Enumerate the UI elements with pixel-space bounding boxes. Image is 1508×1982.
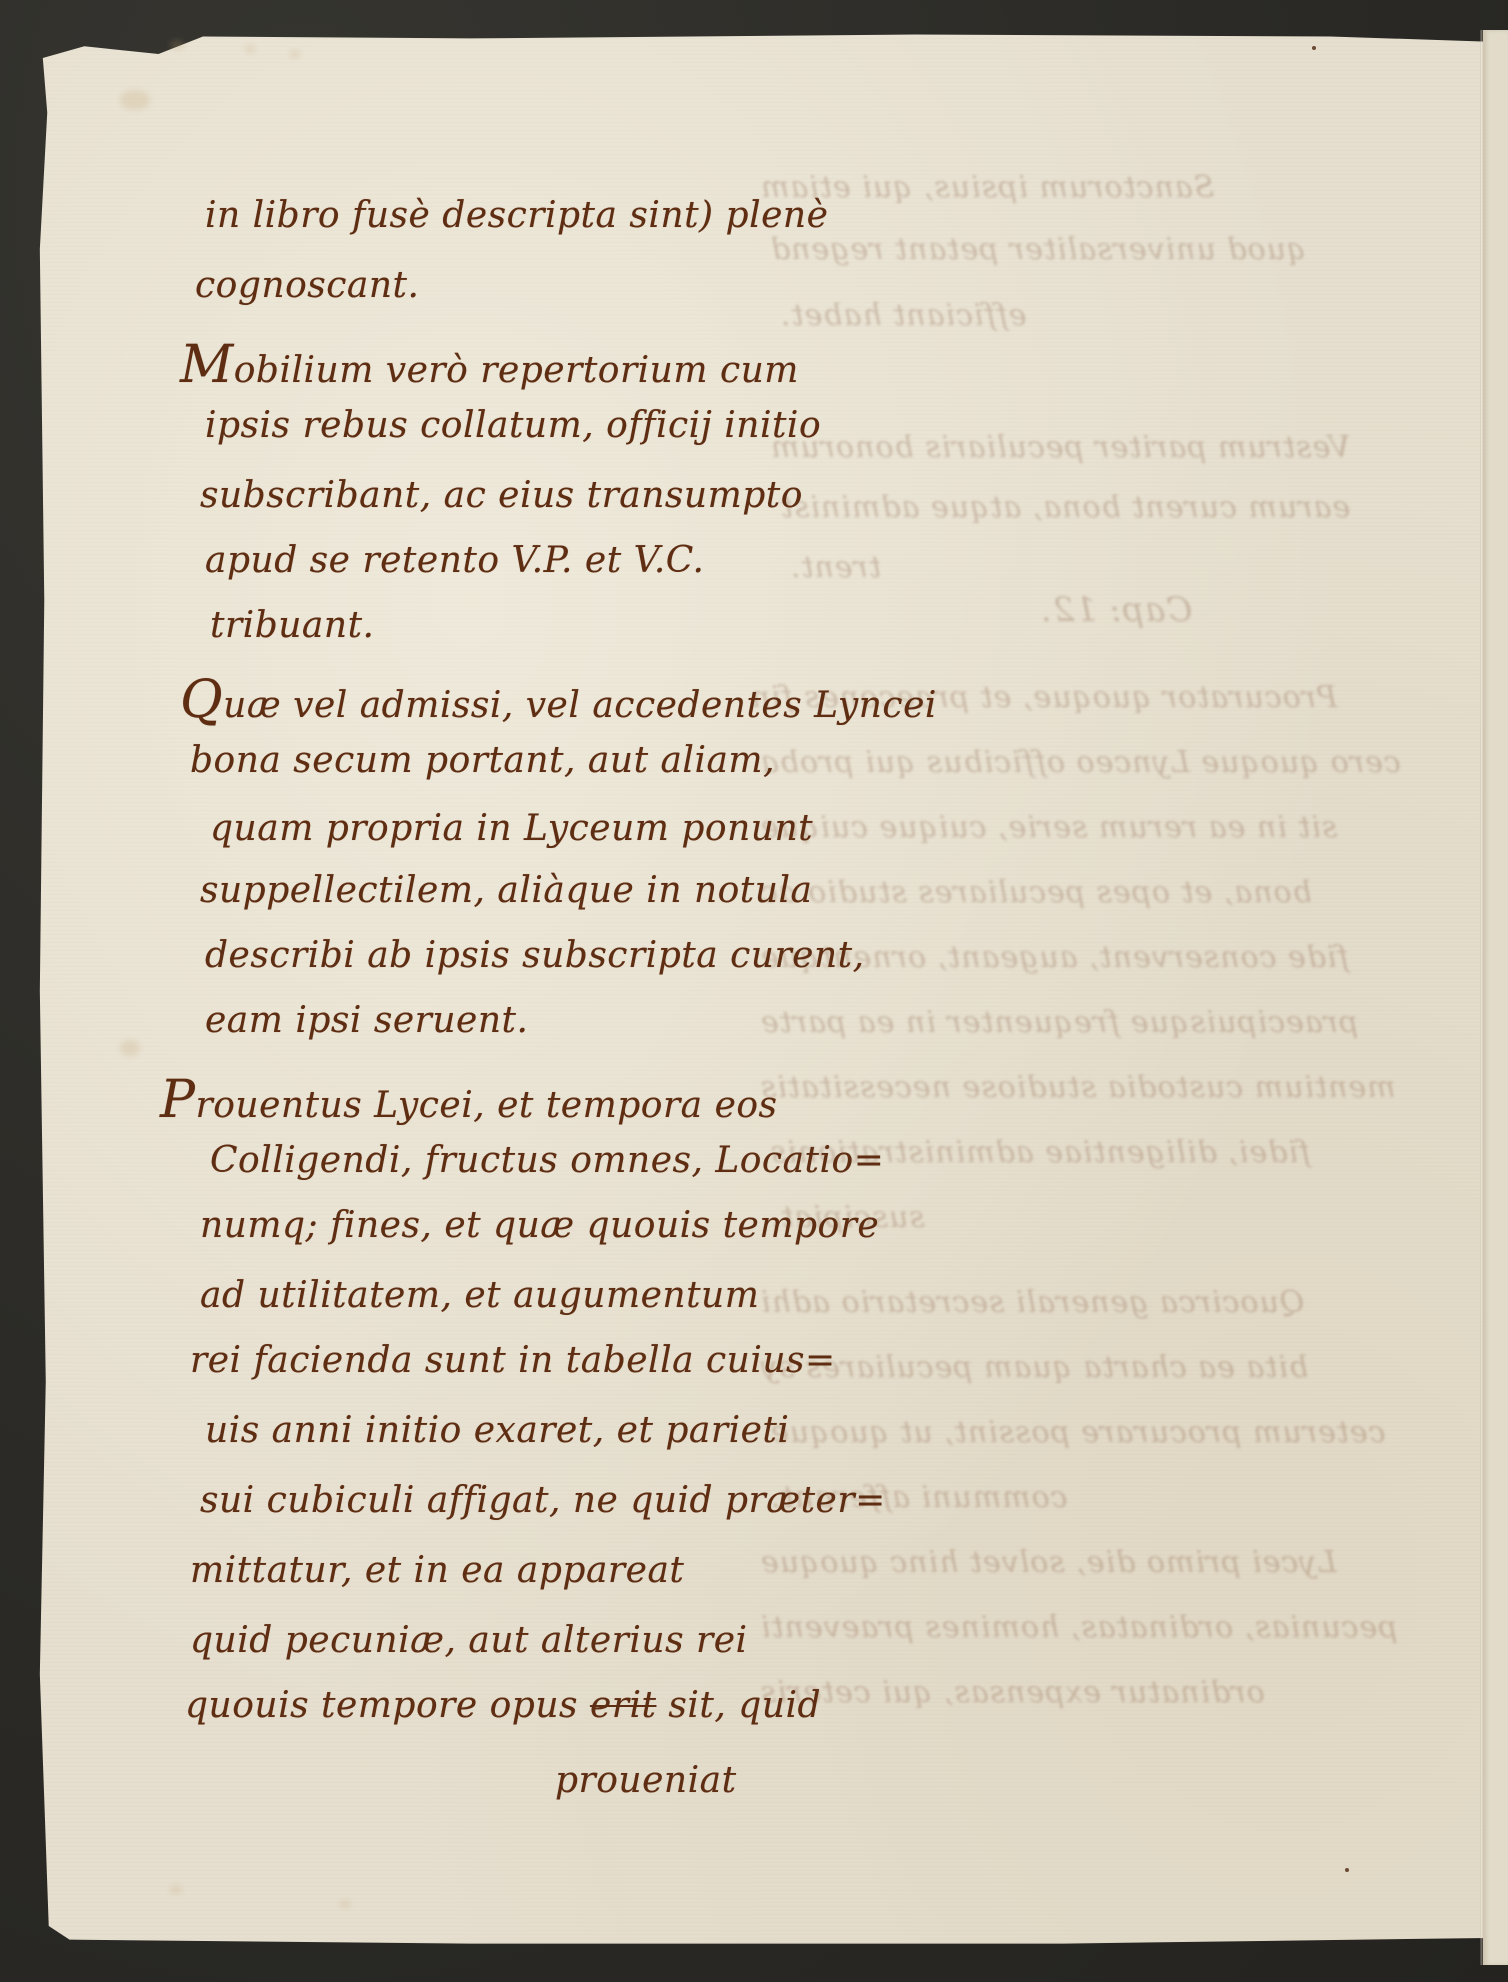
text-line: sui cubiculi affigat, ne quid præter=	[200, 1480, 886, 1521]
text-line: suppellectilem, aliàque in notula	[200, 870, 812, 911]
text-line: subscribant, ac eius transumpto	[200, 475, 803, 516]
text-line: rei facienda sunt in tabella cuius=	[190, 1340, 836, 1381]
text-line: quouis tempore opus erit sit, quid	[185, 1685, 821, 1726]
text-line: bona secum portant, aut aliam,	[190, 740, 775, 781]
text-line: tribuant.	[210, 605, 374, 646]
text-line: ad utilitatem, et augumentum	[200, 1275, 759, 1316]
text-line: ipsis rebus collatum, officij initio	[205, 405, 821, 446]
text-line: cognoscant.	[195, 265, 419, 306]
text-line: apud se retento V.P. et V.C.	[205, 540, 705, 581]
text-segment: sit, quid	[656, 1685, 821, 1726]
text-line: uis anni initio exaret, et parieti	[205, 1410, 789, 1451]
text-line: mittatur, et in ea appareat	[190, 1550, 684, 1591]
manuscript-text: in libro fusè descripta sint) plenè cogn…	[0, 0, 1508, 1982]
text-line: Mobilium verò repertorium cum	[180, 335, 799, 395]
text-line: Prouentus Lycei, et tempora eos	[160, 1070, 778, 1130]
text-line: describi ab ipsis subscripta curent,	[205, 935, 865, 976]
text-line: in libro fusè descripta sint) plenè	[205, 195, 828, 236]
text-line: numq; fines, et quæ quouis tempore	[200, 1205, 879, 1246]
text-segment: quouis tempore opus	[185, 1685, 590, 1726]
catchword: proueniat	[555, 1760, 737, 1801]
text-line: Quæ vel admissi, vel accedentes Lyncei	[180, 670, 937, 730]
text-line: quid pecuniæ, aut alterius rei	[190, 1620, 748, 1661]
text-line: eam ipsi seruent.	[205, 1000, 528, 1041]
text-line: Colligendi, fructus omnes, Locatio=	[210, 1140, 884, 1181]
struck-word: erit	[590, 1685, 657, 1726]
text-line: quam propria in Lyceum ponunt	[210, 808, 813, 849]
